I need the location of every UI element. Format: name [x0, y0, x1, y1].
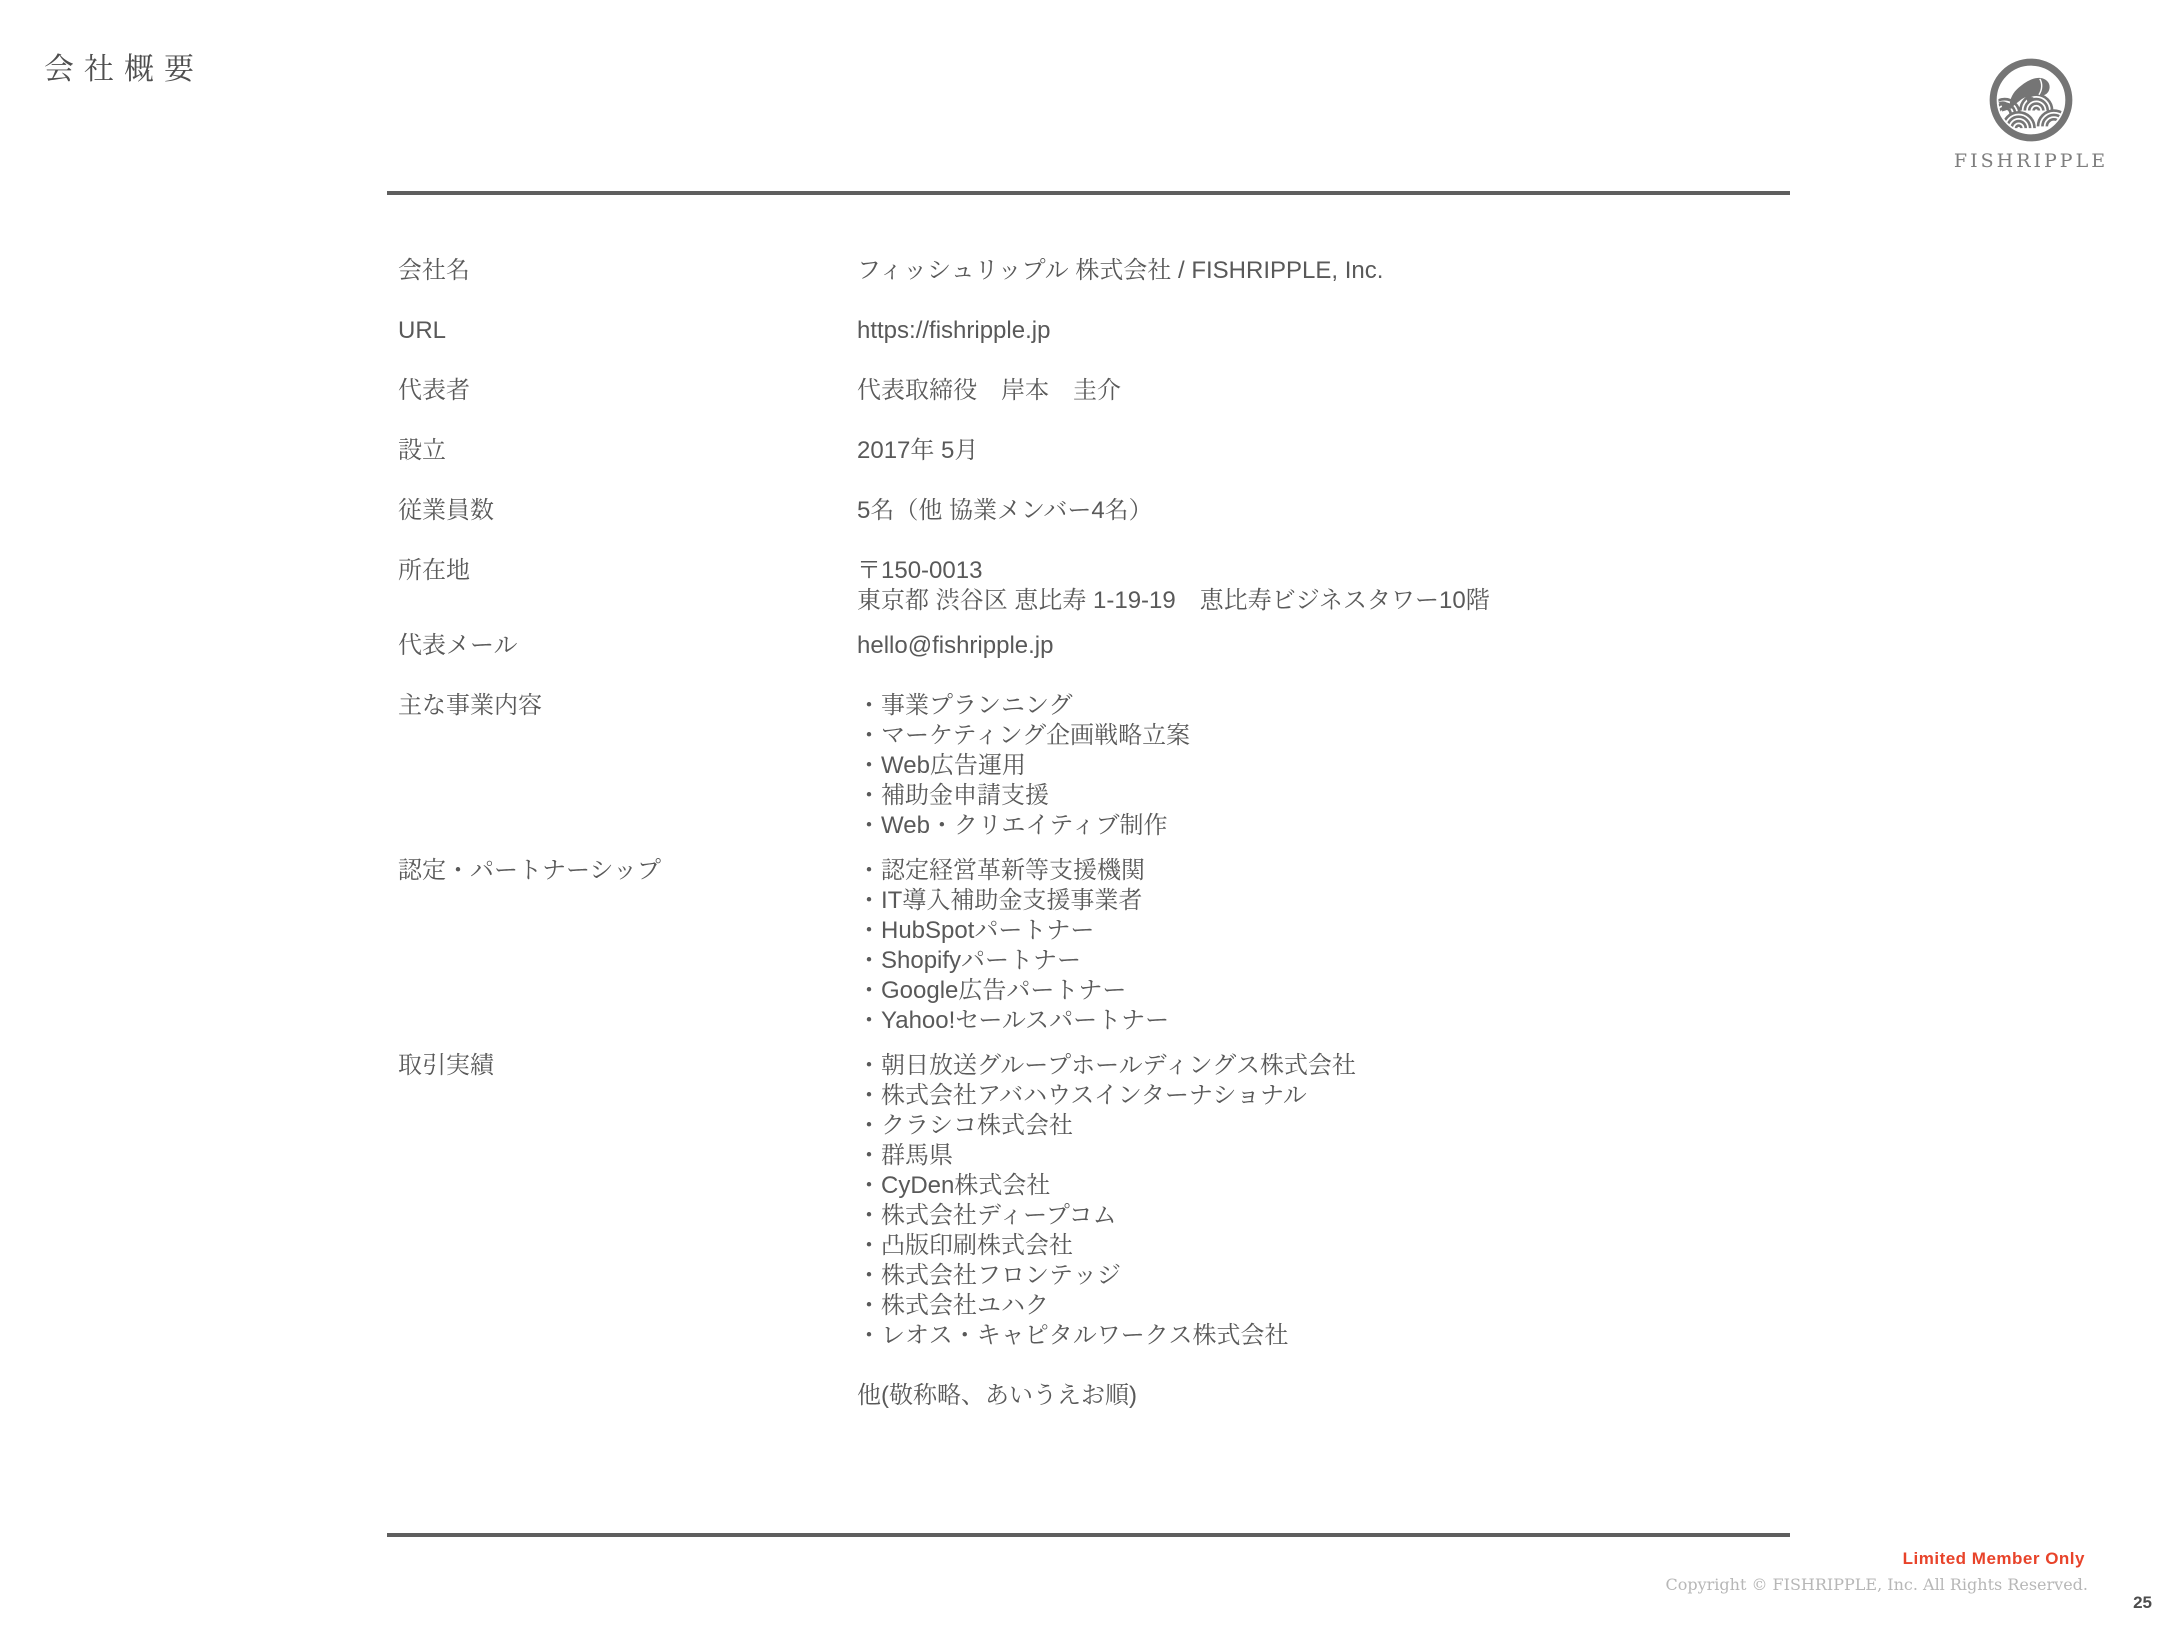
profile-value-line: ・IT導入補助金支援事業者: [857, 886, 1790, 916]
profile-value-line: ・群馬県: [857, 1141, 1790, 1171]
profile-label: 設立: [398, 436, 857, 466]
profile-value-line: ・株式会社アバハウスインターナショナル: [857, 1081, 1790, 1111]
company-profile-table: 会社名 フィッシュリップル 株式会社 / FISHRIPPLE, Inc. UR…: [398, 256, 1790, 1441]
profile-row: 代表メール hello@fishripple.jp: [398, 631, 1790, 661]
profile-value-line: ・Google広告パートナー: [857, 976, 1790, 1006]
logo-wordmark: FISHRIPPLE: [1953, 150, 2109, 172]
profile-value: フィッシュリップル 株式会社 / FISHRIPPLE, Inc.: [857, 256, 1790, 286]
profile-value: https://fishripple.jp: [857, 316, 1790, 346]
profile-value-line: ・レオス・キャピタルワークス株式会社: [857, 1321, 1790, 1351]
profile-value: ・朝日放送グループホールディングス株式会社・株式会社アバハウスインターナショナル…: [857, 1051, 1790, 1411]
page-number: 25: [2133, 1593, 2152, 1613]
profile-value-line: 2017年 5月: [857, 436, 1790, 466]
profile-value-line: ・認定経営革新等支援機関: [857, 856, 1790, 886]
page-title: 会社概要: [44, 44, 204, 88]
profile-label: 従業員数: [398, 496, 857, 526]
profile-value-line: 代表取締役 岸本 圭介: [857, 376, 1790, 406]
profile-value: ・事業プランニング・マーケティング企画戦略立案・Web広告運用・補助金申請支援・…: [857, 691, 1790, 841]
profile-value-line: ・Web・クリエイティブ制作: [857, 811, 1790, 841]
profile-label: 代表メール: [398, 631, 857, 661]
profile-value-line: ・Yahoo!セールスパートナー: [857, 1006, 1790, 1036]
profile-value-line: ・株式会社ユハク: [857, 1291, 1790, 1321]
profile-label: 会社名: [398, 256, 857, 286]
profile-label: URL: [398, 316, 857, 346]
profile-value-line: ・事業プランニング: [857, 691, 1790, 721]
profile-value-line: ・Shopifyパートナー: [857, 946, 1790, 976]
profile-row: 会社名 フィッシュリップル 株式会社 / FISHRIPPLE, Inc.: [398, 256, 1790, 286]
profile-value-line: ・朝日放送グループホールディングス株式会社: [857, 1051, 1790, 1081]
limited-member-badge: Limited Member Only: [1903, 1549, 2085, 1569]
profile-label: 代表者: [398, 376, 857, 406]
copyright-text: Copyright © FISHRIPPLE, Inc. All Rights …: [1665, 1575, 2088, 1594]
profile-value: 2017年 5月: [857, 436, 1790, 466]
profile-row: URL https://fishripple.jp: [398, 316, 1790, 346]
profile-value-line: 〒150-0013: [857, 556, 1790, 586]
profile-value-line: https://fishripple.jp: [857, 316, 1790, 346]
bottom-divider: [387, 1533, 1790, 1537]
profile-value-line: ・補助金申請支援: [857, 781, 1790, 811]
profile-row: 代表者 代表取締役 岸本 圭介: [398, 376, 1790, 406]
profile-value-line: hello@fishripple.jp: [857, 631, 1790, 661]
profile-value: hello@fishripple.jp: [857, 631, 1790, 661]
top-divider: [387, 191, 1790, 195]
profile-value: 5名（他 協業メンバー4名）: [857, 496, 1790, 526]
profile-value-line: ・株式会社ディープコム: [857, 1201, 1790, 1231]
company-profile-slide: 会社概要: [0, 0, 2167, 1625]
company-logo: FISHRIPPLE: [1953, 56, 2109, 172]
profile-value: ・認定経営革新等支援機関・IT導入補助金支援事業者・HubSpotパートナー・S…: [857, 856, 1790, 1036]
profile-label: 認定・パートナーシップ: [398, 856, 857, 1036]
profile-label: 取引実績: [398, 1051, 857, 1411]
profile-value-line: ・凸版印刷株式会社: [857, 1231, 1790, 1261]
profile-value-line: ・株式会社フロンテッジ: [857, 1261, 1790, 1291]
profile-row: 設立 2017年 5月: [398, 436, 1790, 466]
profile-value-line: フィッシュリップル 株式会社 / FISHRIPPLE, Inc.: [857, 256, 1790, 286]
profile-value-line: ・CyDen株式会社: [857, 1171, 1790, 1201]
profile-row: 認定・パートナーシップ ・認定経営革新等支援機関・IT導入補助金支援事業者・Hu…: [398, 856, 1790, 1036]
profile-label: 主な事業内容: [398, 691, 857, 841]
profile-row: 従業員数 5名（他 協業メンバー4名）: [398, 496, 1790, 526]
profile-value-line: ・クラシコ株式会社: [857, 1111, 1790, 1141]
profile-label: 所在地: [398, 556, 857, 616]
profile-value-line: [857, 1351, 1790, 1381]
profile-value: 代表取締役 岸本 圭介: [857, 376, 1790, 406]
profile-value-line: ・マーケティング企画戦略立案: [857, 721, 1790, 751]
profile-value-line: 東京都 渋谷区 恵比寿 1-19-19 恵比寿ビジネスタワー10階: [857, 586, 1790, 616]
profile-value-line: ・Web広告運用: [857, 751, 1790, 781]
profile-row: 取引実績 ・朝日放送グループホールディングス株式会社・株式会社アバハウスインター…: [398, 1051, 1790, 1411]
fish-over-waves-icon: [1987, 56, 2075, 144]
profile-row: 主な事業内容 ・事業プランニング・マーケティング企画戦略立案・Web広告運用・補…: [398, 691, 1790, 841]
profile-value-line: 他(敬称略、あいうえお順): [857, 1381, 1790, 1411]
profile-row: 所在地 〒150-0013東京都 渋谷区 恵比寿 1-19-19 恵比寿ビジネス…: [398, 556, 1790, 616]
profile-value: 〒150-0013東京都 渋谷区 恵比寿 1-19-19 恵比寿ビジネスタワー1…: [857, 556, 1790, 616]
profile-value-line: ・HubSpotパートナー: [857, 916, 1790, 946]
profile-value-line: 5名（他 協業メンバー4名）: [857, 496, 1790, 526]
